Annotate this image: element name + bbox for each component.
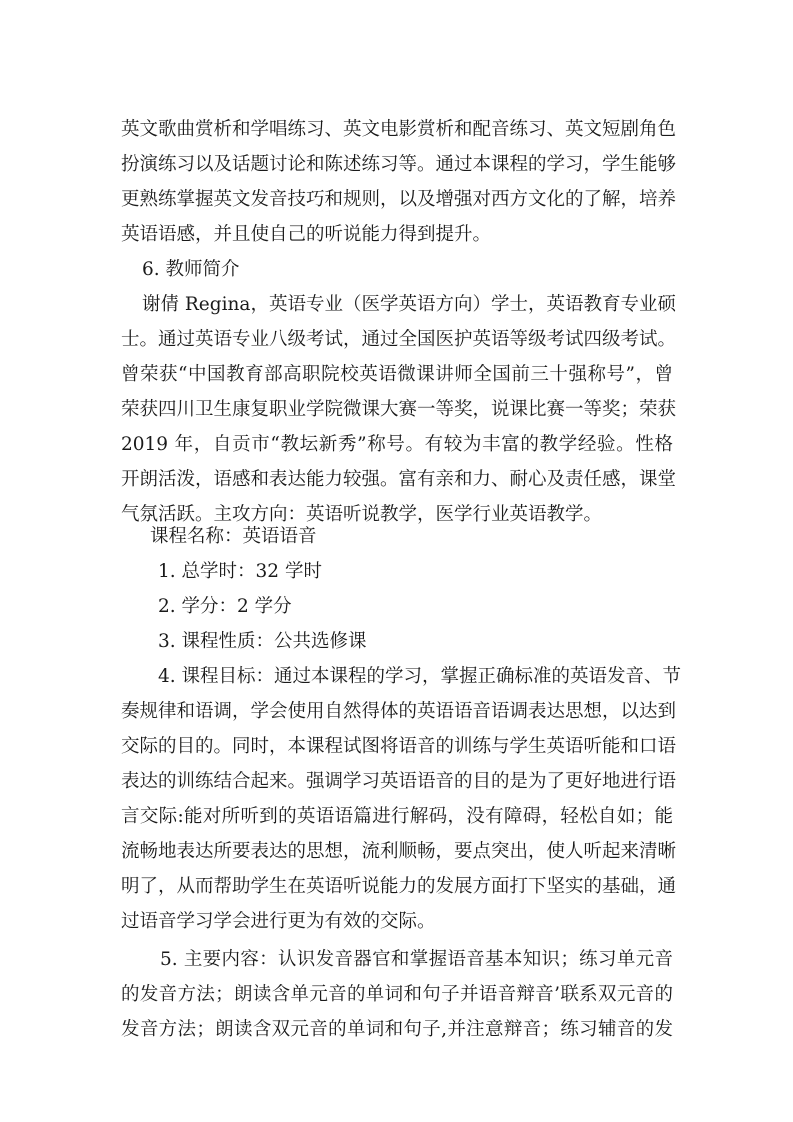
course-goals-line: 流畅地表达所要表达的思想，流利顺畅，要点突出，使人听起来清晰 [121, 840, 673, 864]
paragraph-line: 英文歌曲赏析和学唱练习、英文电影赏析和配音练习、英文短剧角色 [121, 118, 673, 142]
paragraph-line: 曾荣获“中国教育部高职院校英语微课讲师全国前三十强称号”，曾 [121, 363, 673, 387]
course-nature: 3. 课程性质：公共选修课 [158, 630, 367, 654]
paragraph-line: 气氛活跃。主攻方向：英语听说教学，医学行业英语教学。 [121, 503, 602, 527]
course-hours: 1. 总学时：32 学时 [158, 560, 322, 584]
paragraph-line: 扮演练习以及话题讨论和陈述练习等。通过本课程的学习，学生能够 [121, 153, 673, 177]
document-page: 英文歌曲赏析和学唱练习、英文电影赏析和配音练习、英文短剧角色 扮演练习以及话题讨… [0, 0, 793, 1122]
paragraph-line: 士。通过英语专业八级考试，通过全国医护英语等级考试四级考试。 [121, 328, 673, 352]
course-content-line: 5. 主要内容：认识发音器官和掌握语音基本知识；练习单元音 [160, 948, 673, 972]
course-name: 课程名称：英语语音 [150, 525, 317, 549]
section-heading-teacher-intro: 6. 教师简介 [142, 258, 240, 282]
course-goals-line: 奏规律和语调，学会使用自然得体的英语语音语调表达思想，以达到 [121, 700, 673, 724]
paragraph-line: 英语语感，并且使自己的听说能力得到提升。 [121, 223, 491, 247]
paragraph-line: 更熟练掌握英文发音技巧和规则，以及增强对西方文化的了解，培养 [121, 188, 673, 212]
course-goals-line: 表达的训练结合起来。强调学习英语语音的目的是为了更好地进行语 [121, 770, 673, 794]
paragraph-line: 2019 年，自贡市“教坛新秀”称号。有较为丰富的教学经验。性格 [121, 433, 673, 457]
course-content-line: 的发音方法；朗读含单元音的单词和句子并语音辩音’联系双元音的 [121, 983, 673, 1007]
course-goals-line: 交际的目的。同时，本课程试图将语音的训练与学生英语听能和口语 [121, 735, 673, 759]
course-credits: 2. 学分：2 学分 [158, 595, 292, 619]
course-goals-line: 言交际:能对所听到的英语语篇进行解码，没有障碍，轻松自如；能 [121, 805, 673, 829]
course-goals-line: 过语音学习学会进行更为有效的交际。 [121, 910, 436, 934]
paragraph-line: 开朗活泼，语感和表达能力较强。富有亲和力、耐心及责任感，课堂 [121, 468, 673, 492]
paragraph-line: 谢倩 Regina，英语专业（医学英语方向）学士，英语教育专业硕 [142, 293, 673, 317]
course-goals-line: 明了，从而帮助学生在英语听说能力的发展方面打下坚实的基础，通 [121, 875, 673, 899]
course-content-line: 发音方法；朗读含双元音的单词和句子,并注意辩音；练习辅音的发 [121, 1018, 673, 1042]
course-goals-line: 4. 课程目标：通过本课程的学习，掌握正确标准的英语发音、节 [158, 665, 673, 689]
paragraph-line: 荣获四川卫生康复职业学院微课大赛一等奖，说课比赛一等奖；荣获 [121, 398, 673, 422]
